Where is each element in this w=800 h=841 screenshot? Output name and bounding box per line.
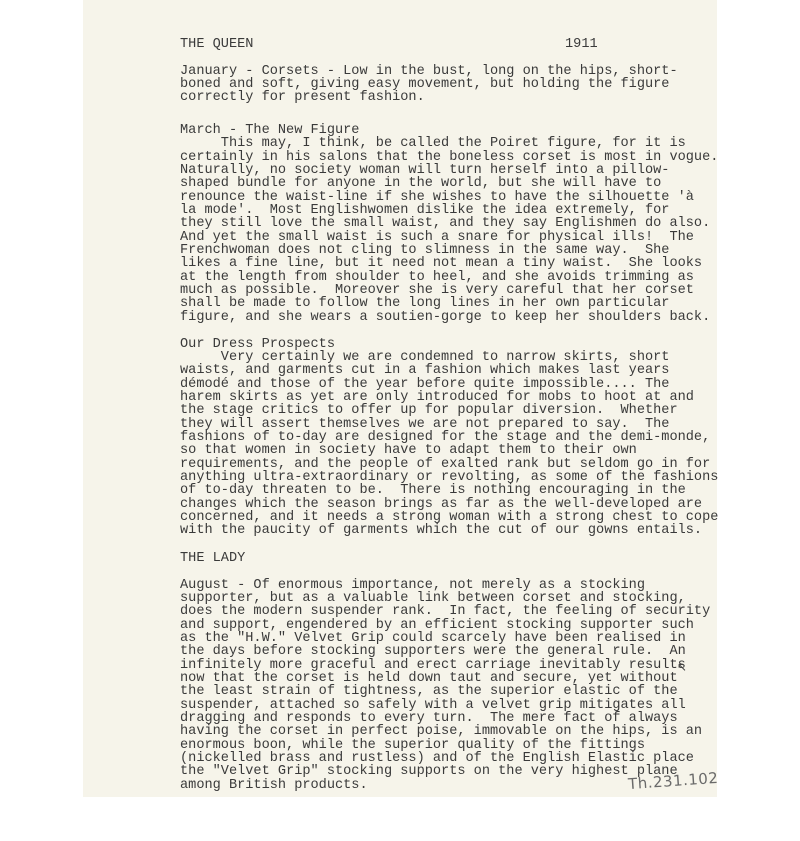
- document-year: 1911: [565, 38, 598, 51]
- text-line: with the paucity of garments which the c…: [180, 524, 702, 537]
- text-line: waists, and garments cut in a fashion wh…: [180, 364, 669, 377]
- text-line: they still love the small waist, and the…: [180, 217, 710, 230]
- text-line: likes a fine line, but it need not mean …: [180, 257, 702, 270]
- text-line: does the modern suspender rank. In fact,…: [180, 605, 710, 618]
- publication-title-lady: THE LADY: [180, 552, 245, 565]
- text-line: the stage critics to offer up for popula…: [180, 404, 678, 417]
- text-line: so that women in society have to adapt t…: [180, 444, 637, 457]
- text-line: correctly for present fashion.: [180, 91, 425, 104]
- margin-mark-icon: ↖: [677, 660, 687, 674]
- text-line: the "Velvet Grip" stocking supports on t…: [180, 765, 678, 778]
- text-line: having the corset in perfect poise, immo…: [180, 725, 702, 738]
- text-line: the least strain of tightness, as the su…: [180, 685, 678, 698]
- text-line: figure, and she wears a soutien-gorge to…: [180, 311, 710, 324]
- text-line: This may, I think, be called the Poiret …: [180, 137, 686, 150]
- text-line: among British products.: [180, 779, 368, 792]
- text-line: of to-day threaten to be. There is nothi…: [180, 484, 686, 497]
- text-line: the days before stocking supporters were…: [180, 645, 686, 658]
- publication-title-queen: THE QUEEN: [180, 38, 253, 51]
- text-line: shaped bundle for anyone in the world, b…: [180, 177, 661, 190]
- text-line: shall be made to follow the long lines i…: [180, 297, 669, 310]
- document-body: THE QUEEN 1911 January - Corsets - Low i…: [180, 0, 800, 800]
